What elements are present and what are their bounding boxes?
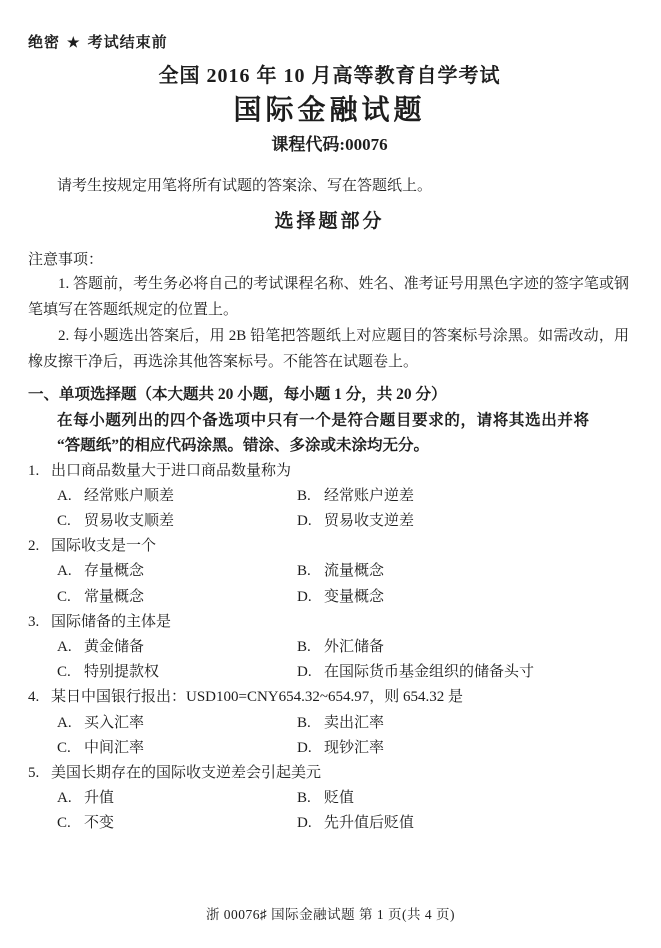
option-text: 存量概念 [84,559,297,584]
option-text: 贸易收支顺差 [84,509,297,534]
option-d: D. 贸易收支逆差 [297,509,631,534]
option-label: C. [57,660,84,685]
option-label: C. [57,509,84,534]
option-label: C. [57,736,84,761]
option-text: 中间汇率 [84,736,297,761]
notice-heading: 注意事项： [28,249,631,271]
question-options: A. 黄金储备 B. 外汇储备 C. 特别提款权 D. 在国际货币基金组织的储备… [28,635,631,685]
question-options: A. 升值 B. 贬值 C. 不变 D. 先升值后贬值 [28,786,631,836]
option-text: 买入汇率 [84,711,297,736]
mc-section-heading: 一、单项选择题（本大题共 20 小题，每小题 1 分，共 20 分） [28,382,631,408]
option-a: A. 存量概念 [57,559,297,584]
option-text: 现钞汇率 [324,736,631,761]
question-stem: 美国长期存在的国际收支逆差会引起美元 [51,761,631,786]
option-label: A. [57,635,84,660]
question-4: 4. 某日中国银行报出：USD100=CNY654.32~654.97，则 65… [28,685,631,761]
option-a: A. 经常账户顺差 [57,484,297,509]
option-label: D. [297,660,324,685]
course-code: 课程代码:00076 [28,133,631,156]
question-stem: 出口商品数量大于进口商品数量称为 [51,459,631,484]
option-b: B. 贬值 [297,786,631,811]
option-label: D. [297,585,324,610]
option-c: C. 贸易收支顺差 [57,509,297,534]
option-label: A. [57,484,84,509]
option-text: 贸易收支逆差 [324,509,631,534]
option-text: 变量概念 [324,585,631,610]
mc-section-instruction: 在每小题列出的四个备选项中只有一个是符合题目要求的，请将其选出并将“答题纸”的相… [57,408,589,459]
option-text: 卖出汇率 [324,711,631,736]
section-title: 选择题部分 [28,209,631,235]
option-label: C. [57,585,84,610]
option-a: A. 黄金储备 [57,635,297,660]
option-label: B. [297,786,324,811]
option-label: A. [57,559,84,584]
option-text: 先升值后贬值 [324,811,631,836]
option-text: 不变 [84,811,297,836]
option-text: 黄金储备 [84,635,297,660]
classification-prefix: 绝密 [28,35,60,51]
option-c: C. 常量概念 [57,585,297,610]
answer-instruction: 请考生按规定用笔将所有试题的答案涂、写在答题纸上。 [28,176,631,197]
option-a: A. 买入汇率 [57,711,297,736]
option-text: 经常账户逆差 [324,484,631,509]
question-number: 2. [28,534,51,559]
option-text: 流量概念 [324,559,631,584]
option-label: B. [297,711,324,736]
option-d: D. 变量概念 [297,585,631,610]
option-label: B. [297,484,324,509]
notice-item: 2. 每小题选出答案后，用 2B 铅笔把答题纸上对应题目的答案标号涂黑。如需改动… [28,324,631,375]
option-label: B. [297,635,324,660]
question-number: 5. [28,761,51,786]
option-d: D. 先升值后贬值 [297,811,631,836]
question-stem: 某日中国银行报出：USD100=CNY654.32~654.97，则 654.3… [51,685,631,710]
option-text: 在国际货币基金组织的储备头寸 [324,660,631,685]
option-label: A. [57,786,84,811]
option-label: D. [297,509,324,534]
option-label: B. [297,559,324,584]
exam-session-title: 全国 2016 年 10 月高等教育自学考试 [28,62,631,90]
notice-item: 1. 答题前，考生务必将自己的考试课程名称、姓名、准考证号用黑色字迹的签字笔或钢… [28,272,631,323]
question-number: 4. [28,685,51,710]
option-b: B. 卖出汇率 [297,711,631,736]
question-options: A. 经常账户顺差 B. 经常账户逆差 C. 贸易收支顺差 D. 贸易收支逆差 [28,484,631,534]
classification-suffix: 考试结束前 [88,35,168,51]
option-text: 升值 [84,786,297,811]
option-c: C. 中间汇率 [57,736,297,761]
option-text: 常量概念 [84,585,297,610]
option-d: D. 现钞汇率 [297,736,631,761]
question-stem: 国际储备的主体是 [51,610,631,635]
option-label: D. [297,811,324,836]
star-icon: ★ [67,36,81,51]
option-b: B. 外汇储备 [297,635,631,660]
exam-paper-page: 绝密★考试结束前 全国 2016 年 10 月高等教育自学考试 国际金融试题 课… [0,0,661,948]
question-3: 3. 国际储备的主体是 A. 黄金储备 B. 外汇储备 C. 特别提款权 D. … [28,610,631,686]
question-options: A. 买入汇率 B. 卖出汇率 C. 中间汇率 D. 现钞汇率 [28,711,631,761]
question-2: 2. 国际收支是一个 A. 存量概念 B. 流量概念 C. 常量概念 D. 变量… [28,534,631,610]
option-text: 特别提款权 [84,660,297,685]
classification-banner: 绝密★考试结束前 [28,33,631,54]
question-1: 1. 出口商品数量大于进口商品数量称为 A. 经常账户顺差 B. 经常账户逆差 … [28,459,631,535]
question-stem: 国际收支是一个 [51,534,631,559]
page-footer: 浙 00076♯ 国际金融试题 第 1 页(共 4 页) [0,905,661,924]
option-c: C. 不变 [57,811,297,836]
option-a: A. 升值 [57,786,297,811]
option-text: 经常账户顺差 [84,484,297,509]
option-text: 外汇储备 [324,635,631,660]
paper-title: 国际金融试题 [28,92,631,129]
question-number: 3. [28,610,51,635]
option-label: C. [57,811,84,836]
question-options: A. 存量概念 B. 流量概念 C. 常量概念 D. 变量概念 [28,559,631,609]
question-5: 5. 美国长期存在的国际收支逆差会引起美元 A. 升值 B. 贬值 C. 不变 … [28,761,631,837]
option-c: C. 特别提款权 [57,660,297,685]
option-b: B. 经常账户逆差 [297,484,631,509]
option-label: A. [57,711,84,736]
question-number: 1. [28,459,51,484]
option-b: B. 流量概念 [297,559,631,584]
option-d: D. 在国际货币基金组织的储备头寸 [297,660,631,685]
option-text: 贬值 [324,786,631,811]
option-label: D. [297,736,324,761]
